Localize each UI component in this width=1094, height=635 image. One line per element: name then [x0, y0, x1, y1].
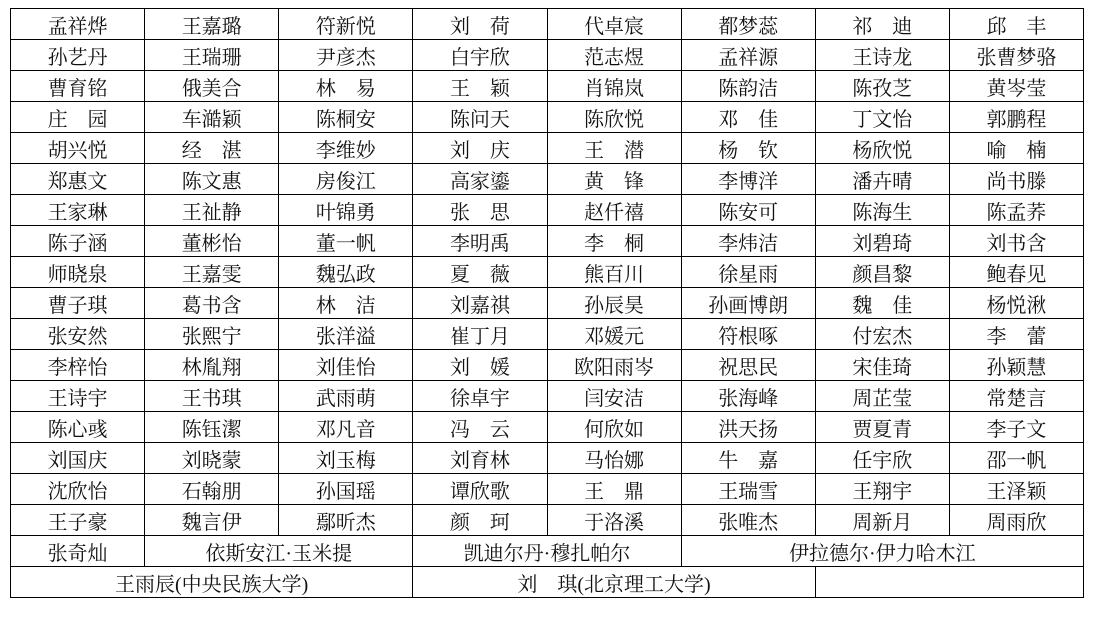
table-cell: 孙辰昊 — [547, 288, 681, 319]
table-cell: 陈韵洁 — [681, 71, 815, 102]
table-cell: 王诗宇 — [11, 381, 145, 412]
table-row: 陈心彧陈钰潔邓凡音冯 云何欣如洪天扬贾夏青李子文 — [11, 412, 1084, 443]
table-cell: 周雨欣 — [949, 505, 1083, 536]
table-row: 庄 园车澔颖陈桐安陈问天陈欣悦邓 佳丁文怡郭鹏程 — [11, 102, 1084, 133]
table-cell: 孙国瑶 — [279, 474, 413, 505]
table-cell: 李 蕾 — [949, 319, 1083, 350]
table-cell: 洪天扬 — [681, 412, 815, 443]
table-cell: 黄岑莹 — [949, 71, 1083, 102]
table-cell: 代卓宸 — [547, 9, 681, 40]
table-cell: 范志煜 — [547, 40, 681, 71]
table-cell: 邓凡音 — [279, 412, 413, 443]
table-cell: 陈心彧 — [11, 412, 145, 443]
table-cell: 黄 锋 — [547, 164, 681, 195]
table-cell: 邓 佳 — [681, 102, 815, 133]
table-cell: 刘 庆 — [413, 133, 547, 164]
name-roster-table: 孟祥烨王嘉璐符新悦刘 荷代卓宸都梦蕊祁 迪邱 丰孙艺丹王瑞珊尹彦杰白宇欣范志煜孟… — [10, 8, 1084, 598]
table-cell: 李维妙 — [279, 133, 413, 164]
table-cell: 杨 钦 — [681, 133, 815, 164]
table-cell: 沈欣怡 — [11, 474, 145, 505]
table-cell: 郑惠文 — [11, 164, 145, 195]
table-cell: 徐星雨 — [681, 257, 815, 288]
table-cell: 张曹梦骆 — [949, 40, 1083, 71]
table-cell: 刘嘉祺 — [413, 288, 547, 319]
table-cell: 魏 佳 — [815, 288, 949, 319]
table-row: 曹育铭俄美合林 易王 颖肖锦岚陈韵洁陈孜芝黄岑莹 — [11, 71, 1084, 102]
table-cell: 闫安洁 — [547, 381, 681, 412]
table-row: 郑惠文陈文惠房俊江高家鎏黄 锋李博洋潘卉晴尚书滕 — [11, 164, 1084, 195]
table-cell: 李博洋 — [681, 164, 815, 195]
table-cell: 车澔颖 — [145, 102, 279, 133]
table-cell: 刘国庆 — [11, 443, 145, 474]
table-cell: 陈海生 — [815, 195, 949, 226]
table-row: 孟祥烨王嘉璐符新悦刘 荷代卓宸都梦蕊祁 迪邱 丰 — [11, 9, 1084, 40]
table-row: 师晓泉王嘉雯魏弘政夏 薇熊百川徐星雨颜昌黎鲍春见 — [11, 257, 1084, 288]
table-cell: 王泽颖 — [949, 474, 1083, 505]
table-cell: 李梓怡 — [11, 350, 145, 381]
table-cell: 王翔宇 — [815, 474, 949, 505]
table-cell: 冯 云 — [413, 412, 547, 443]
table-row: 曹子琪葛书含林 洁刘嘉祺孙辰昊孙画博朗魏 佳杨悦湫 — [11, 288, 1084, 319]
table-row: 张安然张熙宁张洋溢崔丁月邓媛元符根啄付宏杰李 蕾 — [11, 319, 1084, 350]
table-cell: 王 潜 — [547, 133, 681, 164]
table-cell: 孟祥烨 — [11, 9, 145, 40]
table-cell: 陈子涵 — [11, 226, 145, 257]
table-cell: 王瑞珊 — [145, 40, 279, 71]
table-cell: 都梦蕊 — [681, 9, 815, 40]
table-cell: 鄢昕杰 — [279, 505, 413, 536]
table-cell: 董彬怡 — [145, 226, 279, 257]
table-cell: 郭鹏程 — [949, 102, 1083, 133]
table-row: 刘国庆刘晓蒙刘玉梅刘育林马怡娜牛 嘉任宇欣邵一帆 — [11, 443, 1084, 474]
table-cell: 邓媛元 — [547, 319, 681, 350]
table-cell: 张奇灿 — [11, 536, 145, 567]
table-cell: 颜 珂 — [413, 505, 547, 536]
table-cell: 葛书含 — [145, 288, 279, 319]
table-cell: 张安然 — [11, 319, 145, 350]
table-cell: 宋佳琦 — [815, 350, 949, 381]
table-cell: 刘佳怡 — [279, 350, 413, 381]
table-cell: 陈问天 — [413, 102, 547, 133]
table-cell: 房俊江 — [279, 164, 413, 195]
table-cell: 王雨辰(中央民族大学) — [11, 567, 413, 598]
table-cell: 肖锦岚 — [547, 71, 681, 102]
table-cell: 王诗龙 — [815, 40, 949, 71]
table-cell: 陈孜芝 — [815, 71, 949, 102]
table-cell: 石翰朋 — [145, 474, 279, 505]
table-cell: 杨欣悦 — [815, 133, 949, 164]
table-cell: 刘晓蒙 — [145, 443, 279, 474]
table-cell: 符新悦 — [279, 9, 413, 40]
table-row: 王家琳王祉静叶锦勇张 思赵仟禧陈安可陈海生陈孟荞 — [11, 195, 1084, 226]
table-cell: 林胤翔 — [145, 350, 279, 381]
table-cell — [815, 567, 1083, 598]
table-cell: 马怡娜 — [547, 443, 681, 474]
table-cell: 刘 媛 — [413, 350, 547, 381]
table-row: 沈欣怡石翰朋孙国瑶谭欣歌王 鼎王瑞雪王翔宇王泽颖 — [11, 474, 1084, 505]
table-cell: 牛 嘉 — [681, 443, 815, 474]
table-cell: 王 鼎 — [547, 474, 681, 505]
table-cell: 师晓泉 — [11, 257, 145, 288]
document-page: 孟祥烨王嘉璐符新悦刘 荷代卓宸都梦蕊祁 迪邱 丰孙艺丹王瑞珊尹彦杰白宇欣范志煜孟… — [0, 0, 1094, 635]
table-cell: 叶锦勇 — [279, 195, 413, 226]
table-cell: 孙颖慧 — [949, 350, 1083, 381]
table-cell: 林 洁 — [279, 288, 413, 319]
table-cell: 何欣如 — [547, 412, 681, 443]
table-cell: 崔丁月 — [413, 319, 547, 350]
table-cell: 董一帆 — [279, 226, 413, 257]
table-cell: 凯迪尔丹·穆扎帕尔 — [413, 536, 681, 567]
table-cell: 刘 琪(北京理工大学) — [413, 567, 815, 598]
table-cell: 陈钰潔 — [145, 412, 279, 443]
table-cell: 张 思 — [413, 195, 547, 226]
table-cell: 依斯安江·玉米提 — [145, 536, 413, 567]
table-cell: 常楚言 — [949, 381, 1083, 412]
table-cell: 李明禹 — [413, 226, 547, 257]
table-cell: 杨悦湫 — [949, 288, 1083, 319]
table-cell: 鲍春见 — [949, 257, 1083, 288]
table-cell: 邱 丰 — [949, 9, 1083, 40]
table-cell: 陈桐安 — [279, 102, 413, 133]
table-cell: 张洋溢 — [279, 319, 413, 350]
table-cell: 刘碧琦 — [815, 226, 949, 257]
table-cell: 赵仟禧 — [547, 195, 681, 226]
table-cell: 陈孟荞 — [949, 195, 1083, 226]
table-cell: 徐卓宇 — [413, 381, 547, 412]
table-cell: 颜昌黎 — [815, 257, 949, 288]
table-cell: 张唯杰 — [681, 505, 815, 536]
table-cell: 尹彦杰 — [279, 40, 413, 71]
table-cell: 任宇欣 — [815, 443, 949, 474]
table-cell: 刘 荷 — [413, 9, 547, 40]
table-cell: 祝思民 — [681, 350, 815, 381]
table-row: 陈子涵董彬怡董一帆李明禹李 桐李炜洁刘碧琦刘书含 — [11, 226, 1084, 257]
table-cell: 孟祥源 — [681, 40, 815, 71]
table-cell: 白宇欣 — [413, 40, 547, 71]
table-cell: 刘育林 — [413, 443, 547, 474]
table-cell: 熊百川 — [547, 257, 681, 288]
table-cell: 张海峰 — [681, 381, 815, 412]
table-cell: 王瑞雪 — [681, 474, 815, 505]
table-cell: 谭欣歌 — [413, 474, 547, 505]
table-cell: 邵一帆 — [949, 443, 1083, 474]
table-row: 李梓怡林胤翔刘佳怡刘 媛欧阳雨岑祝思民宋佳琦孙颖慧 — [11, 350, 1084, 381]
table-cell: 王 颖 — [413, 71, 547, 102]
table-cell: 庄 园 — [11, 102, 145, 133]
table-cell: 张熙宁 — [145, 319, 279, 350]
table-cell: 于洛溪 — [547, 505, 681, 536]
table-cell: 陈安可 — [681, 195, 815, 226]
table-cell: 王嘉雯 — [145, 257, 279, 288]
table-cell: 李炜洁 — [681, 226, 815, 257]
table-cell: 夏 薇 — [413, 257, 547, 288]
table-cell: 魏言伊 — [145, 505, 279, 536]
table-cell: 经 湛 — [145, 133, 279, 164]
table-row: 张奇灿依斯安江·玉米提凯迪尔丹·穆扎帕尔伊拉德尔·伊力哈木江 — [11, 536, 1084, 567]
table-cell: 丁文怡 — [815, 102, 949, 133]
table-cell: 魏弘政 — [279, 257, 413, 288]
table-cell: 李子文 — [949, 412, 1083, 443]
table-cell: 孙艺丹 — [11, 40, 145, 71]
table-cell: 高家鎏 — [413, 164, 547, 195]
table-cell: 曹子琪 — [11, 288, 145, 319]
table-cell: 欧阳雨岑 — [547, 350, 681, 381]
table-cell: 周芷莹 — [815, 381, 949, 412]
table-cell: 贾夏青 — [815, 412, 949, 443]
table-cell: 王祉静 — [145, 195, 279, 226]
table-cell: 周新月 — [815, 505, 949, 536]
table-row: 王子豪魏言伊鄢昕杰颜 珂于洛溪张唯杰周新月周雨欣 — [11, 505, 1084, 536]
table-cell: 王子豪 — [11, 505, 145, 536]
table-row: 王诗宇王书琪武雨萌徐卓宇闫安洁张海峰周芷莹常楚言 — [11, 381, 1084, 412]
table-cell: 俄美合 — [145, 71, 279, 102]
table-cell: 林 易 — [279, 71, 413, 102]
table-cell: 武雨萌 — [279, 381, 413, 412]
table-cell: 尚书滕 — [949, 164, 1083, 195]
table-row: 王雨辰(中央民族大学)刘 琪(北京理工大学) — [11, 567, 1084, 598]
table-cell: 喻 楠 — [949, 133, 1083, 164]
table-cell: 曹育铭 — [11, 71, 145, 102]
table-cell: 孙画博朗 — [681, 288, 815, 319]
table-cell: 王书琪 — [145, 381, 279, 412]
table-cell: 王嘉璐 — [145, 9, 279, 40]
table-cell: 付宏杰 — [815, 319, 949, 350]
table-cell: 陈文惠 — [145, 164, 279, 195]
table-cell: 王家琳 — [11, 195, 145, 226]
table-cell: 陈欣悦 — [547, 102, 681, 133]
table-cell: 祁 迪 — [815, 9, 949, 40]
table-row: 胡兴悦经 湛李维妙刘 庆王 潜杨 钦杨欣悦喻 楠 — [11, 133, 1084, 164]
table-cell: 刘书含 — [949, 226, 1083, 257]
table-cell: 刘玉梅 — [279, 443, 413, 474]
table-cell: 胡兴悦 — [11, 133, 145, 164]
table-cell: 伊拉德尔·伊力哈木江 — [681, 536, 1083, 567]
roster-body: 孟祥烨王嘉璐符新悦刘 荷代卓宸都梦蕊祁 迪邱 丰孙艺丹王瑞珊尹彦杰白宇欣范志煜孟… — [11, 9, 1084, 598]
table-cell: 李 桐 — [547, 226, 681, 257]
table-row: 孙艺丹王瑞珊尹彦杰白宇欣范志煜孟祥源王诗龙张曹梦骆 — [11, 40, 1084, 71]
table-cell: 符根啄 — [681, 319, 815, 350]
table-cell: 潘卉晴 — [815, 164, 949, 195]
